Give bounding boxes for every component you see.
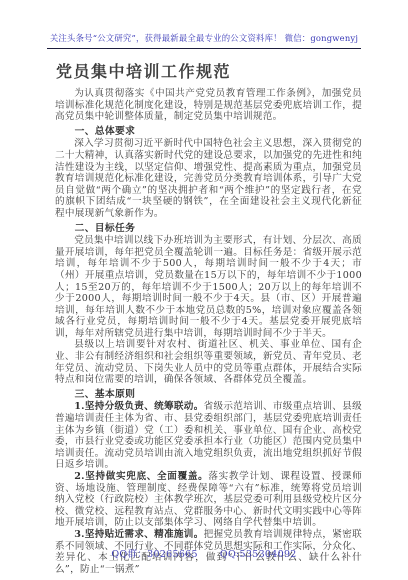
qq-group-number: QQ群：30265665 <box>111 549 198 560</box>
header-promo-text: 关注头条号“公文研究”，获得最新最全最专业的公文资料库！ 微信：gongweny… <box>50 33 358 43</box>
paragraph: 为认真贯彻落实《中国共产党党员教育管理工作条例》，加强党员培训标准化规范化制度化… <box>55 88 362 123</box>
page-title: 党员集中培训工作规范 <box>56 59 231 82</box>
section-heading: 一、总体要求 <box>55 126 362 138</box>
page-footer: QQ群：30265665QQ:535304092 <box>0 546 408 560</box>
paragraph: 深入学习贯彻习近平新时代中国特色社会主义思想，深入贯彻党的二十大精神，认真落实新… <box>55 138 362 219</box>
paragraph-lead: 3.坚持贴近需求、精准施训。 <box>74 529 203 540</box>
paragraph: 县级以上培训要针对农村、街道社区、机关、事业单位、国有企业、非公有制经济组织和社… <box>55 339 362 385</box>
document-body: 为认真贯彻落实《中国共产党党员教育管理工作条例》，加强党员培训标准化规范化制度化… <box>55 88 362 575</box>
paragraph: 党员集中培训以线下办班培训为主要形式，有计划、分层次、高质量开展培训，每年把党员… <box>55 235 362 339</box>
section-heading: 三、基本原则 <box>55 389 362 401</box>
qq-number: QQ:535304092 <box>220 549 297 560</box>
document-page: 关注头条号“公文研究”，获得最新最全最专业的公文资料库！ 微信：gongweny… <box>0 0 408 580</box>
page-header: 关注头条号“公文研究”，获得最新最全最专业的公文资料库！ 微信：gongweny… <box>47 26 361 49</box>
section-heading: 二、目标任务 <box>55 223 362 235</box>
paragraph: 1.坚持分级负责、统筹联动。省级示范培训、市级重点培训、县级普遍培训责任主体为省… <box>55 401 362 471</box>
paragraph-lead: 1.坚持分级负责、统筹联动。 <box>74 401 203 412</box>
paragraph-lead: 2.坚持做实兜底、全面覆盖。 <box>74 471 208 482</box>
paragraph: 2.坚持做实兜底、全面覆盖。落实教学计划、课程设置、授课师资、场地设施、管理制度… <box>55 471 362 529</box>
